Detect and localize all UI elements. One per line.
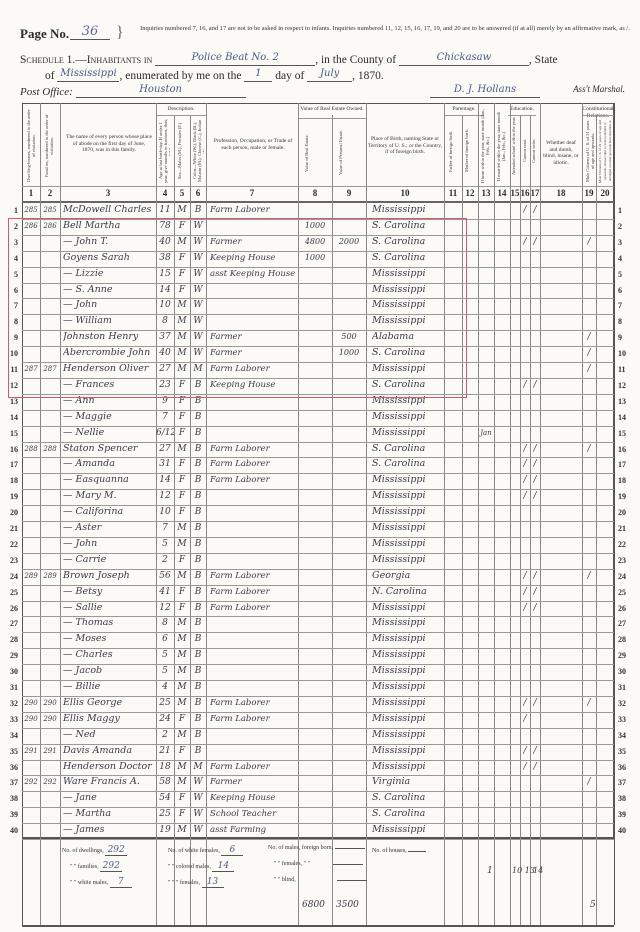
colored-males-label: " " colored males, — [168, 864, 211, 870]
col7-header: Profession, Occupation, or Trade of each… — [212, 138, 294, 151]
row-number-left: 5 — [2, 270, 18, 279]
column-number: 16 — [520, 188, 530, 202]
post-office-field: Houston — [76, 84, 246, 98]
column-number: 13 — [478, 188, 494, 202]
row-number-left: 2 — [2, 222, 18, 231]
row-number-right: 20 — [618, 508, 638, 517]
houses-value — [408, 851, 426, 852]
place-of-birth: Mississippi — [372, 821, 444, 839]
color: W — [190, 821, 206, 839]
cannot-read-mark — [520, 821, 530, 839]
row-number-left: 3 — [2, 238, 18, 247]
enumerated-label: , enumerated by me on the — [119, 70, 241, 82]
born-within-year — [478, 821, 494, 839]
colored-females-value: 13 — [202, 877, 224, 888]
row-number-left: 35 — [2, 747, 18, 756]
white-females-label: No. of white females, — [168, 848, 220, 854]
row-number-right: 28 — [618, 635, 638, 644]
brace: } — [116, 24, 124, 42]
row-number-left: 6 — [2, 286, 18, 295]
col5-header: Sex—Males (M.), Females (F.) — [177, 118, 187, 184]
enumeration-line: of Mississippi, enumerated by me on the … — [45, 68, 635, 84]
column-number: 4 — [156, 188, 174, 202]
row-number-left: 12 — [2, 381, 18, 390]
white-females-value: 6 — [221, 845, 243, 856]
row-number-right: 14 — [618, 413, 638, 422]
row-number-left: 1 — [2, 206, 18, 215]
row-number-right: 6 — [618, 286, 638, 295]
column-number: 17 — [530, 188, 540, 202]
row-number-right: 16 — [618, 445, 638, 454]
description-group-label: Description. — [156, 106, 206, 113]
total-real-estate: 6800 — [302, 900, 325, 910]
column-number: 10 — [366, 188, 444, 202]
row-number-right: 13 — [618, 397, 638, 406]
inhabitants-in-field: Police Beat No. 2 — [155, 52, 315, 66]
row-number-left: 17 — [2, 460, 18, 469]
row-number-right: 29 — [618, 651, 638, 660]
row-number-right: 23 — [618, 556, 638, 565]
houses-label: No. of houses, — [372, 848, 407, 854]
row-number-right: 31 — [618, 683, 638, 692]
foreign-females-value — [333, 864, 363, 865]
row-number-left: 14 — [2, 413, 18, 422]
col1-header: Dwelling-houses, numbered in the order o… — [26, 108, 38, 184]
page-header: Page No. 36 } Inquiries numbered 7, 16, … — [20, 24, 630, 46]
page-no-value: 36 — [70, 24, 110, 40]
row-number-left: 4 — [2, 254, 18, 263]
male-citizen-mark — [582, 821, 596, 839]
of-label: of — [45, 70, 55, 82]
row-number-right: 10 — [618, 349, 638, 358]
post-office-label: Post Office: — [20, 86, 73, 98]
col12-header: Mother of foreign birth. — [464, 118, 474, 184]
dwelling-number — [22, 821, 40, 839]
row-number-right: 9 — [618, 333, 638, 342]
row-number-left: 36 — [2, 763, 18, 772]
white-males-label: " " white males, — [70, 880, 108, 886]
row-number-left: 7 — [2, 301, 18, 310]
row-number-right: 11 — [618, 365, 638, 374]
col14-header: If married within the year, state month … — [496, 108, 506, 184]
desc-group-rule — [156, 115, 206, 116]
row-number-left: 21 — [2, 524, 18, 533]
row-number-right: 24 — [618, 572, 638, 581]
row-rule — [22, 839, 614, 840]
col20-header: Male Citizens of U. S. of 21 years of ag… — [598, 118, 612, 184]
column-number: 14 — [494, 188, 510, 202]
row-number-left: 38 — [2, 794, 18, 803]
blind-value — [337, 880, 367, 881]
row-number-left: 34 — [2, 731, 18, 740]
family-number — [40, 821, 60, 839]
row-number-right: 17 — [618, 460, 638, 469]
row-number-right: 35 — [618, 747, 638, 756]
row-number-left: 15 — [2, 429, 18, 438]
col9-header: Value of Personal Estate. — [338, 122, 348, 184]
blind-label: " " blind, — [274, 877, 296, 883]
row-number-left: 25 — [2, 588, 18, 597]
row-number-left: 16 — [2, 445, 18, 454]
row-number-left: 33 — [2, 715, 18, 724]
column-number: 19 — [582, 188, 596, 202]
personal-estate-value — [332, 821, 366, 839]
row-number-left: 32 — [2, 699, 18, 708]
row-number-left: 9 — [2, 333, 18, 342]
row-number-right: 3 — [618, 238, 638, 247]
real-estate-value — [298, 821, 332, 839]
post-office-line: Post Office: Houston D. J. Hollans Ass't… — [20, 84, 635, 100]
col8-header: Value of Real Estate. — [304, 122, 314, 184]
col19-header: Male Citizens of U. S. of 21 years of ag… — [585, 118, 595, 184]
foreign-males-label: No. of males, foreign born, — [268, 845, 333, 851]
col3-header: The name of every person whose place of … — [66, 134, 152, 154]
foreign-males-value — [335, 848, 365, 849]
row-number-left: 24 — [2, 572, 18, 581]
col6-header: Color—White (W.), Black (B.), Mulatto (M… — [192, 118, 204, 184]
occupation: asst Farming — [210, 821, 298, 839]
col13-header: If born within the year, state month (Ja… — [480, 108, 490, 184]
row-number-right: 34 — [618, 731, 638, 740]
col10-header: Place of Birth, naming State or Territor… — [368, 136, 442, 156]
row-number-left: 26 — [2, 604, 18, 613]
row-number-left: 28 — [2, 635, 18, 644]
column-number: 8 — [298, 188, 332, 202]
inquiries-note: Inquiries numbered 7, 16, and 17 are not… — [135, 25, 635, 33]
houses-row: No. of houses, — [372, 848, 426, 854]
month-field: July — [307, 68, 352, 82]
row-number-right: 18 — [618, 476, 638, 485]
column-number: 15 — [510, 188, 520, 202]
header-rule — [22, 186, 614, 187]
row-number-left: 39 — [2, 810, 18, 819]
county-field: Chickasaw — [399, 52, 529, 66]
column-number: 2 — [40, 188, 60, 202]
row-number-left: 8 — [2, 317, 18, 326]
row-number-right: 21 — [618, 524, 638, 533]
day-of-label: day of — [275, 70, 304, 82]
sex: M — [174, 821, 190, 839]
col20-total: 5 — [590, 900, 596, 910]
row-number-right: 30 — [618, 667, 638, 676]
dwellings-label: No. of dwellings, — [62, 848, 104, 854]
column-number: 9 — [332, 188, 366, 202]
row-number-left: 19 — [2, 492, 18, 501]
foreign-females-label: " " females, " " — [274, 861, 310, 867]
column-number: 12 — [462, 188, 478, 202]
vote-denied-mark — [596, 821, 614, 839]
row-number-left: 10 — [2, 349, 18, 358]
row-number-right: 8 — [618, 317, 638, 326]
day-field: 1 — [244, 68, 272, 82]
column-number: 6 — [190, 188, 206, 202]
row-number-left: 13 — [2, 397, 18, 406]
row-number-right: 1 — [618, 206, 638, 215]
person-name: — James — [63, 821, 155, 839]
row-number-right: 2 — [618, 222, 638, 231]
row-number-right: 37 — [618, 778, 638, 787]
table-row: 4040— James19MWasst FarmingMississippi — [0, 823, 640, 839]
year-label: , 1870. — [352, 70, 384, 82]
col18-mark: 14 — [533, 866, 543, 875]
col13-total: 1 — [487, 866, 493, 876]
row-number-left: 29 — [2, 651, 18, 660]
row-number-left: 31 — [2, 683, 18, 692]
col16-17-totals: 10 13 — [512, 866, 535, 875]
row-number-left: 27 — [2, 619, 18, 628]
col2-header: Families, numbered in the order of visit… — [44, 108, 56, 184]
state-label: , State — [529, 54, 558, 66]
col17-header: Cannot write. — [531, 118, 539, 184]
row-number-right: 26 — [618, 604, 638, 613]
state-field: Mississippi — [57, 68, 119, 82]
row-number-right: 39 — [618, 810, 638, 819]
column-number: 18 — [540, 188, 582, 202]
total-personal-estate: 3500 — [336, 900, 359, 910]
row-number-left: 20 — [2, 508, 18, 517]
row-number-left: 11 — [2, 365, 18, 374]
row-number-right: 33 — [618, 715, 638, 724]
column-number: 3 — [60, 188, 156, 202]
county-label: , in the County of — [315, 54, 396, 66]
age: 19 — [156, 821, 174, 839]
colored-females-label: " " " females, — [168, 880, 200, 886]
families-label: " " families, — [70, 864, 99, 870]
schedule-label: Schedule 1.—Inhabitants in — [20, 54, 152, 66]
col11-header: Father of foreign birth. — [448, 118, 458, 184]
row-number-right: 7 — [618, 301, 638, 310]
row-number-left: 37 — [2, 778, 18, 787]
dwellings-value: 292 — [105, 845, 127, 856]
page-no-label: Page No. — [20, 26, 69, 42]
row-number-left: 40 — [2, 826, 18, 835]
column-number: 20 — [596, 188, 614, 202]
col16-header: Cannot read. — [522, 118, 530, 184]
column-number: 5 — [174, 188, 190, 202]
real-estate-group-label: Value of Real Estate Owned. — [298, 106, 366, 113]
row-number-right: 4 — [618, 254, 638, 263]
schedule-line: Schedule 1.—Inhabitants in Police Beat N… — [20, 52, 630, 68]
row-number-left: 30 — [2, 667, 18, 676]
marshal-signature: D. J. Hollans — [430, 84, 540, 98]
column-number: 7 — [206, 188, 298, 202]
row-number-right: 12 — [618, 381, 638, 390]
row-number-right: 25 — [618, 588, 638, 597]
column-number: 11 — [444, 188, 462, 202]
row-number-left: 22 — [2, 540, 18, 549]
summary-block: No. of dwellings, 292 " " families, 292 … — [62, 845, 312, 925]
const-group-rule — [582, 115, 614, 116]
marshal-label: Ass't Marshal. — [573, 84, 625, 94]
row-number-right: 36 — [618, 763, 638, 772]
row-number-right: 38 — [618, 794, 638, 803]
row-number-right: 19 — [618, 492, 638, 501]
white-males-value: 7 — [110, 877, 132, 888]
row-number-right: 32 — [618, 699, 638, 708]
row-number-left: 18 — [2, 476, 18, 485]
families-value: 292 — [100, 861, 122, 872]
deaf-blind-insane — [540, 821, 582, 839]
row-number-right: 22 — [618, 540, 638, 549]
col4-header: Age at last birth-day. If under 1 year, … — [158, 118, 170, 184]
cannot-write-mark — [530, 821, 540, 839]
col18-header: Whether deaf and dumb, blind, insane, or… — [543, 140, 579, 166]
colored-males-value: 14 — [212, 861, 234, 872]
row-number-right: 15 — [618, 429, 638, 438]
census-page: Page No. 36 } Inquiries numbered 7, 16, … — [0, 0, 640, 932]
column-number: 1 — [22, 188, 40, 202]
row-number-right: 27 — [618, 619, 638, 628]
col15-header: Attended school within the year. — [511, 108, 519, 184]
row-number-right: 5 — [618, 270, 638, 279]
row-number-right: 40 — [618, 826, 638, 835]
row-number-left: 23 — [2, 556, 18, 565]
table-bottom-edge — [22, 925, 614, 927]
